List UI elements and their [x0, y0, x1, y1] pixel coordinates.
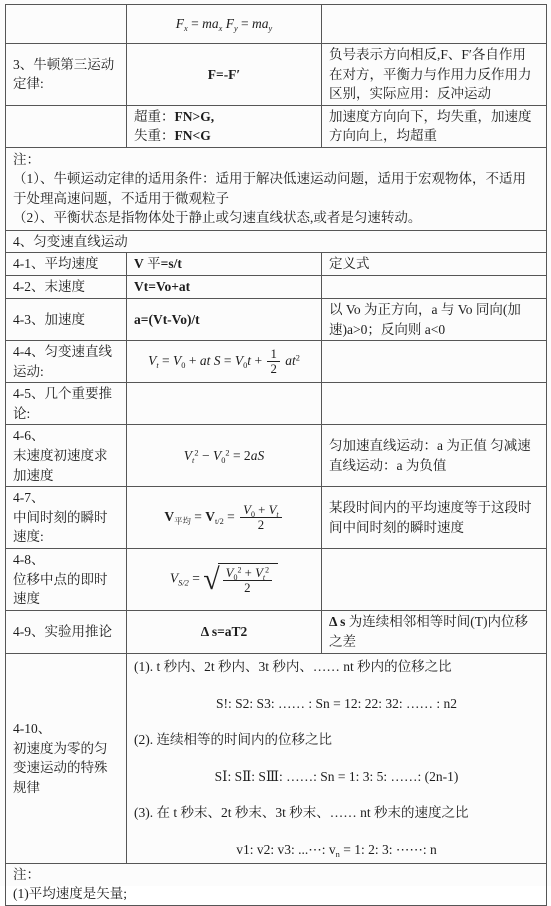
velocity-displacement-note: 匀加速直线运动：a 为正值 匀减速直线运动：a 为负值 — [322, 425, 547, 487]
note2-heading: 注： — [13, 865, 539, 885]
row-overweight-weightless: 超重：FN>G, 失重：FN<G 加速度方向向下，均失重，加速度方向向上，均超重 — [6, 105, 547, 147]
important-corollaries-note-empty — [322, 383, 547, 425]
newton-notes-cell: 注： （1）、牛顿运动定律的适用条件：适用于解决低速运动问题，适用于宏观物体，不… — [6, 147, 547, 230]
row-zero-initial-velocity-rules: 4-10、 初速度为零的匀变速运动的特殊规律 (1). t 秒内、2t 秒内、3… — [6, 653, 547, 863]
velocity-displacement-label: 4-6、 末速度初速度求加速度 — [6, 425, 127, 487]
uniform-acceleration-label: 4-4、匀变速直线运动: — [6, 341, 127, 383]
physics-formula-table: Fx = max Fy = may 3、牛顿第三运动定律: F=-F′ 负号表示… — [5, 4, 547, 906]
rule-1-displacement-ratio: S!: S2: S3: …… : Sn = 12: 22: 32: …… : n… — [134, 694, 539, 714]
row-experimental-corollary: 4-9、实验用推论 Δ s=aT2 Δ s 为连续相邻相等时间(T)内位移之差 — [6, 610, 547, 653]
midpoint-velocity-label: 4-8、 位移中点的即时速度 — [6, 549, 127, 611]
acceleration-label: 4-3、加速度 — [6, 298, 127, 340]
final-velocity-note-empty — [322, 275, 547, 298]
rule-3-velocity-ratio: v1: v2: v3: ...⋯: vn = 1: 2: 3: ⋯⋯: n — [134, 840, 539, 860]
row-velocity-displacement: 4-6、 末速度初速度求加速度 Vt2 − V02 = 2aS 匀加速直线运动：… — [6, 425, 547, 487]
important-corollaries-formula-empty — [127, 383, 322, 425]
rule-1-displacement-ratio-title: (1). t 秒内、2t 秒内、3t 秒内、…… nt 秒内的位移之比 — [134, 657, 539, 677]
average-velocity-note: 定义式 — [322, 253, 547, 276]
overweight-label-empty — [6, 105, 127, 147]
overweight-condition: 超重：FN>G, — [134, 107, 314, 127]
zero-initial-velocity-rules: (1). t 秒内、2t 秒内、3t 秒内、…… nt 秒内的位移之比 S!: … — [127, 653, 547, 863]
row-section-4-title: 4、匀变速直线运动 — [6, 230, 547, 253]
row-acceleration: 4-3、加速度 a=(Vt-Vo)/t 以 Vo 为正方向，a 与 Vo 同向(… — [6, 298, 547, 340]
uniform-acceleration-note-empty — [322, 341, 547, 383]
experimental-corollary-note: Δ s 为连续相邻相等时间(T)内位移之差 — [322, 610, 547, 653]
note-heading: 注： — [13, 150, 539, 170]
row-final-velocity: 4-2、末速度 Vt=Vo+at — [6, 275, 547, 298]
midtime-velocity-number: 4-7、 — [13, 488, 119, 508]
average-velocity-label: 4-1、平均速度 — [6, 253, 127, 276]
average-velocity-notes-cell: 注： (1)平均速度是矢量; — [6, 863, 547, 905]
uniform-acceleration-formula: Vt = V0 + at S = V0t + 12 at2 — [127, 341, 322, 383]
row-uniform-acceleration: 4-4、匀变速直线运动: Vt = V0 + at S = V0t + 12 a… — [6, 341, 547, 383]
overweight-weightless-conditions: 超重：FN>G, 失重：FN<G — [127, 105, 322, 147]
section-4-title: 4、匀变速直线运动 — [6, 230, 547, 253]
final-velocity-label: 4-2、末速度 — [6, 275, 127, 298]
newton-third-law-formula: F=-F′ — [127, 44, 322, 106]
row-note-newton: 注： （1）、牛顿运动定律的适用条件：适用于解决低速运动问题，适用于宏观物体，不… — [6, 147, 547, 230]
note-item-2: （2）、平衡状态是指物体处于静止或匀速直线状态,或者是匀速转动。 — [13, 208, 539, 228]
row-important-corollaries: 4-5、几个重要推论: — [6, 383, 547, 425]
row-newton-third-law: 3、牛顿第三运动定律: F=-F′ 负号表示方向相反,F、F′各自作用在对方，平… — [6, 44, 547, 106]
note2-item-1: (1)平均速度是矢量; — [13, 884, 539, 904]
velocity-displacement-title: 末速度初速度求加速度 — [13, 446, 119, 485]
midtime-velocity-label: 4-7、 中间时刻的瞬时速度: — [6, 487, 127, 549]
row-note-average-velocity: 注： (1)平均速度是矢量; — [6, 863, 547, 905]
row-midpoint-velocity: 4-8、 位移中点的即时速度 VS/2 = √V02 + Vt22 — [6, 549, 547, 611]
midtime-velocity-title: 中间时刻的瞬时速度: — [13, 508, 119, 547]
midpoint-velocity-title: 位移中点的即时速度 — [13, 570, 119, 609]
force-components-formula: Fx = max Fy = may — [127, 5, 322, 44]
velocity-displacement-number: 4-6、 — [13, 426, 119, 446]
physics-formula-sheet: Fx = max Fy = may 3、牛顿第三运动定律: F=-F′ 负号表示… — [0, 0, 551, 886]
row-average-velocity: 4-1、平均速度 V 平=s/t 定义式 — [6, 253, 547, 276]
zero-initial-velocity-title: 初速度为零的匀变速运动的特殊规律 — [13, 739, 119, 798]
midpoint-velocity-note-empty — [322, 549, 547, 611]
row-midtime-velocity: 4-7、 中间时刻的瞬时速度: V平均 = Vt/2 = V0 + Vt2 某段… — [6, 487, 547, 549]
rule-2-equal-time-ratio: SⅠ: SⅡ: SⅢ: ……: Sn = 1: 3: 5: ……: (2n-1) — [134, 767, 539, 787]
midtime-velocity-note: 某段时间内的平均速度等于这段时间中间时刻的瞬时速度 — [322, 487, 547, 549]
newton-third-law-note: 负号表示方向相反,F、F′各自作用在对方，平衡力与作用力反作用力区别，实际应用：… — [322, 44, 547, 106]
note-item-1: （1）、牛顿运动定律的适用条件：适用于解决低速运动问题，适用于宏观物体，不适用于… — [13, 169, 539, 208]
rule-3-velocity-ratio-title: (3). 在 t 秒末、2t 秒末、3t 秒末、…… nt 秒末的速度之比 — [134, 803, 539, 823]
zero-initial-velocity-label: 4-10、 初速度为零的匀变速运动的特殊规律 — [6, 653, 127, 863]
acceleration-formula: a=(Vt-Vo)/t — [127, 298, 322, 340]
acceleration-note: 以 Vo 为正方向，a 与 Vo 同向(加速)a>0；反向则 a<0 — [322, 298, 547, 340]
overweight-weightless-note: 加速度方向向下，均失重，加速度方向向上，均超重 — [322, 105, 547, 147]
final-velocity-formula: Vt=Vo+at — [127, 275, 322, 298]
row-force-components: Fx = max Fy = may — [6, 5, 547, 44]
midtime-velocity-formula: V平均 = Vt/2 = V0 + Vt2 — [127, 487, 322, 549]
midpoint-velocity-formula: VS/2 = √V02 + Vt22 — [127, 549, 322, 611]
zero-initial-velocity-number: 4-10、 — [13, 719, 119, 739]
force-components-label-empty — [6, 5, 127, 44]
newton-third-law-label: 3、牛顿第三运动定律: — [6, 44, 127, 106]
force-components-note-empty — [322, 5, 547, 44]
average-velocity-formula: V 平=s/t — [127, 253, 322, 276]
midpoint-velocity-number: 4-8、 — [13, 550, 119, 570]
velocity-displacement-formula: Vt2 − V02 = 2aS — [127, 425, 322, 487]
experimental-corollary-label: 4-9、实验用推论 — [6, 610, 127, 653]
important-corollaries-label: 4-5、几个重要推论: — [6, 383, 127, 425]
experimental-corollary-formula: Δ s=aT2 — [127, 610, 322, 653]
rule-2-equal-time-ratio-title: (2). 连续相等的时间内的位移之比 — [134, 730, 539, 750]
weightless-condition: 失重：FN<G — [134, 126, 314, 146]
